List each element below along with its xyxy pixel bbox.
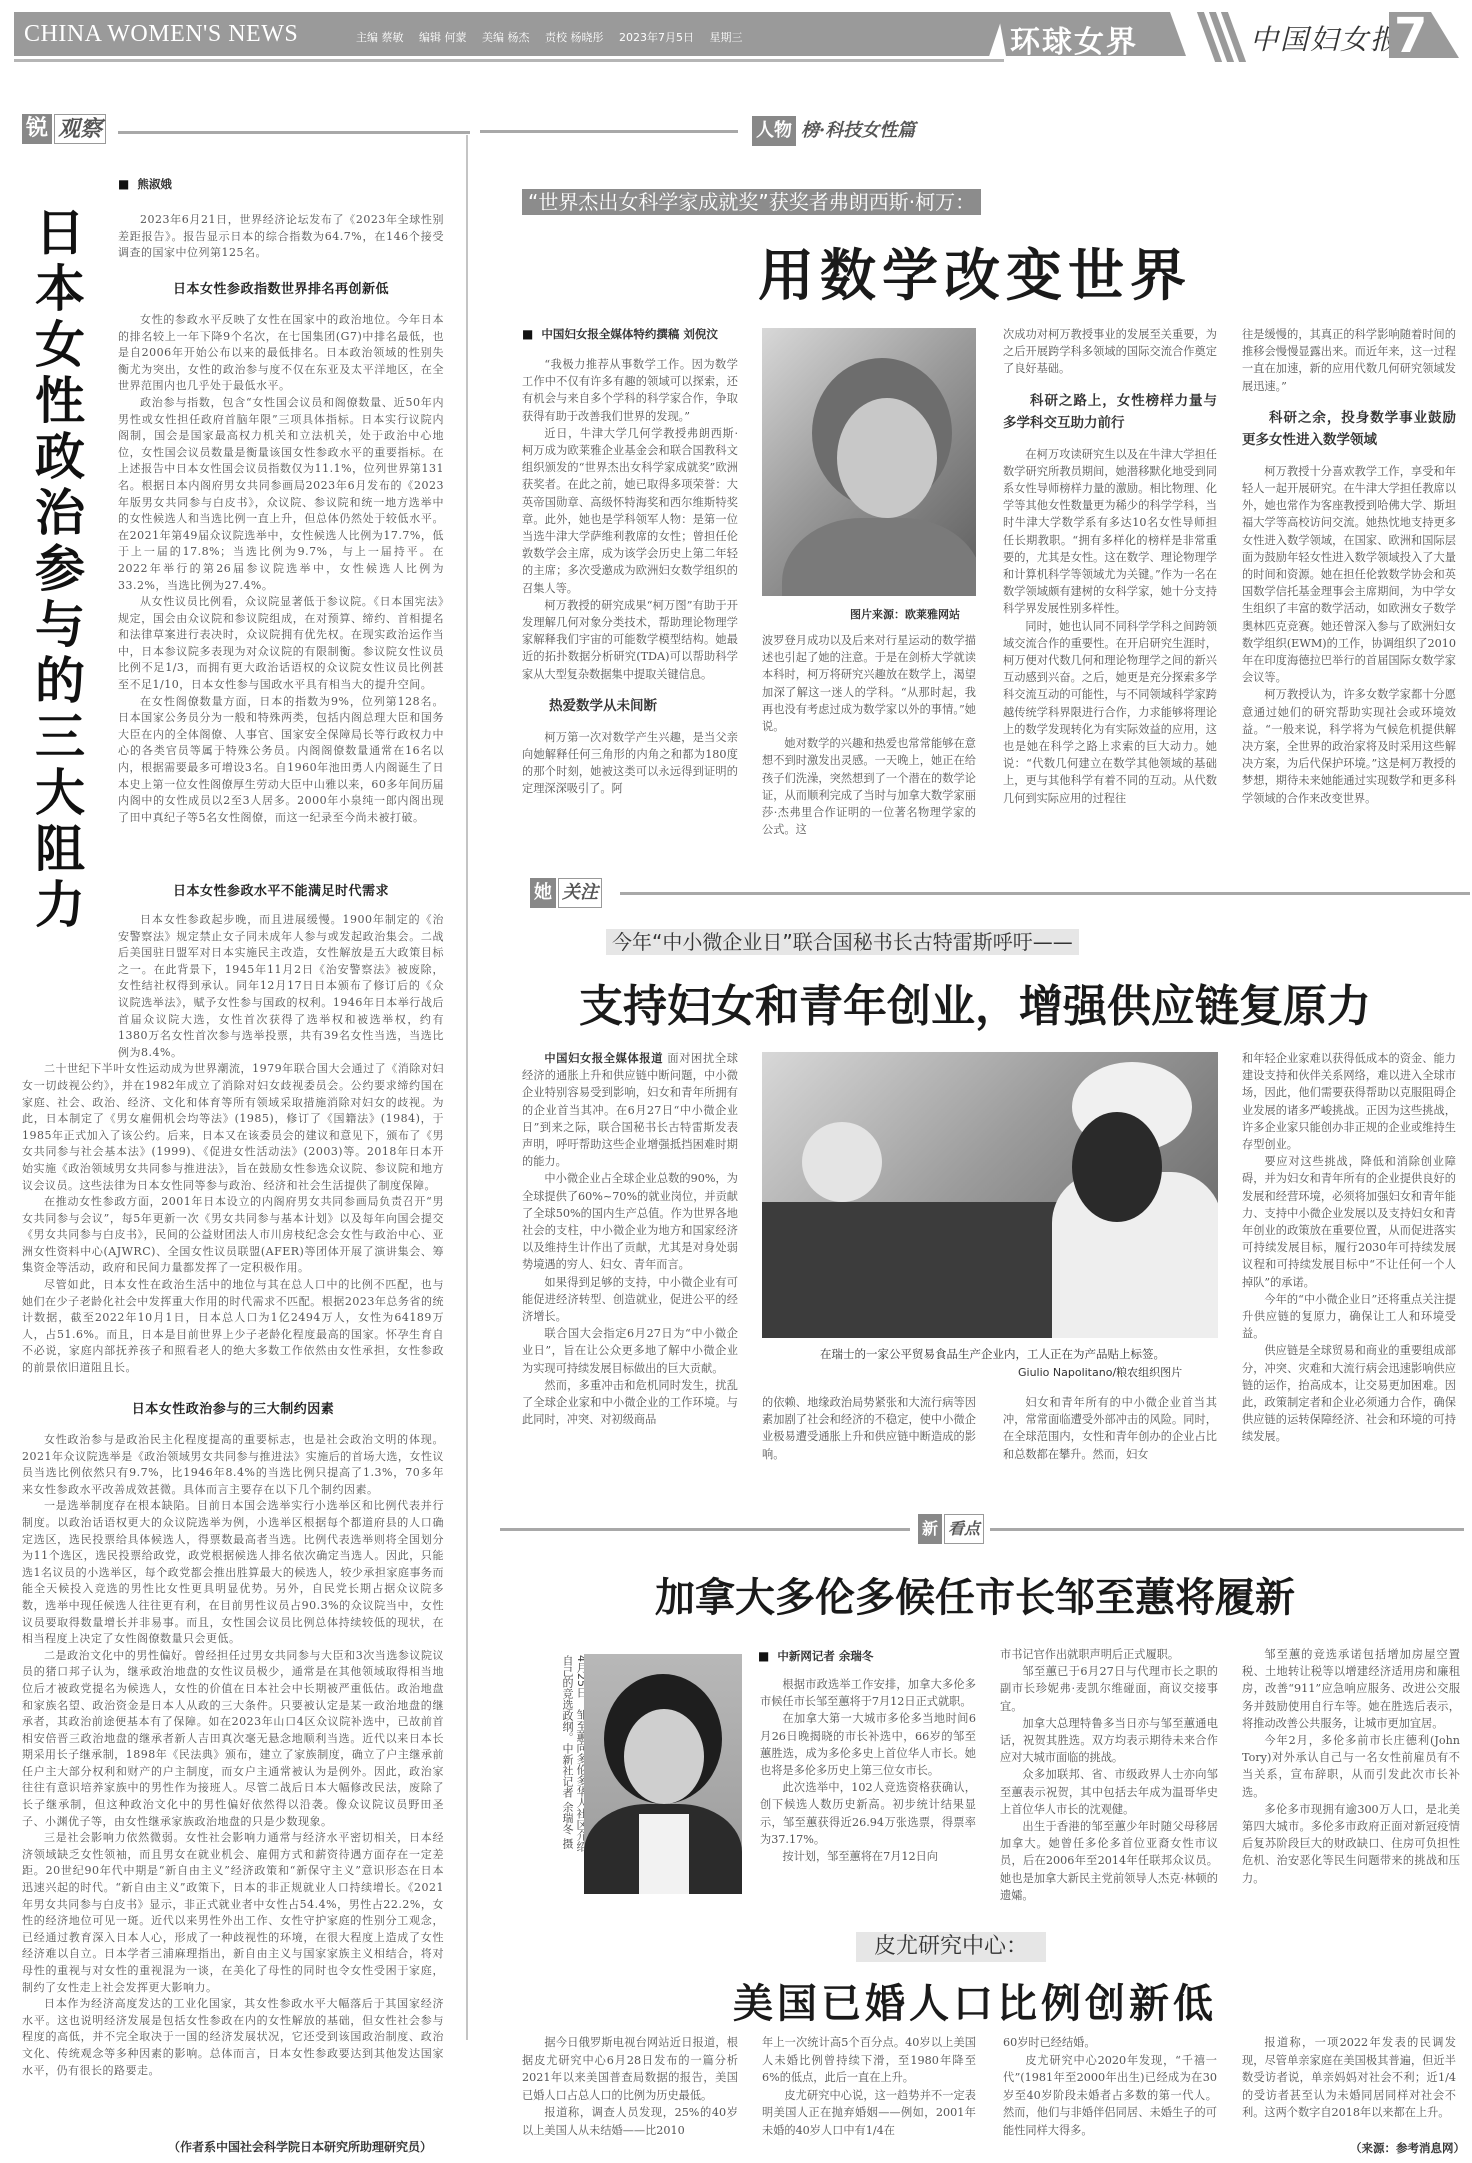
paragraph: 柯万教授认为，许多女数学家都十分愿意通过她们的研究帮助实现社会或环境效益。“一般…	[1242, 686, 1456, 806]
photo-worker-1	[802, 1122, 882, 1202]
pew-col1: 据今日俄罗斯电视台网站近日报道，根据皮尤研究中心6月28日发布的一篇分析2021…	[522, 2034, 738, 2140]
msme-col2: 的依赖、地缘政治局势紧张和大流行病等因素加剧了社会和经济的不稳定，使中小微企业极…	[762, 1394, 976, 1463]
tag-text: 关注	[558, 878, 602, 908]
paragraph: “我极力推荐从事数学工作。因为数学工作中不仅有许多有趣的领域可以探索，还有机会与…	[522, 356, 738, 425]
paragraph: 此次选举中，102人竞选资格获确认，创下候选人数历史新高。初步统计结果显示，邹至…	[760, 1779, 976, 1848]
msme-col3: 妇女和青年所有的中小微企业首当其冲，常常面临遭受外部冲击的风险。同时，在全球范围…	[1003, 1394, 1217, 1463]
paragraph: 女性的参政水平反映了女性在国家中的政治地位。今年日本的排名较上一年下降9个名次，…	[118, 312, 444, 395]
pew-col3: 60岁时已经结婚。 皮尤研究中心2020年发现，“千禧一代”(1981年至200…	[1003, 2034, 1217, 2140]
left-section-1-body: 女性的参政水平反映了女性在国家中的政治地位。今年日本的排名较上一年下降9个名次，…	[118, 312, 444, 826]
paragraph: 和年轻企业家难以获得低成本的资金、能力建设支持和伙伴关系网络，难以进入全球市场，…	[1242, 1050, 1456, 1153]
paragraph: 然而，多重冲击和危机同时发生，扰乱了全球企业家和中小微企业的工作环境。与此同时，…	[522, 1377, 738, 1429]
page-number: 7	[1394, 8, 1427, 64]
paragraph: 邹至蕙已于6月27日与代理市长之职的副市长珍妮弗·麦凯尔维碰面，商议交接事宜。	[1000, 1663, 1218, 1715]
left-subhead-3: 日本女性政治参与的三大制约因素	[22, 1398, 444, 1417]
msme-col4: 和年轻企业家难以获得低成本的资金、能力建设支持和伙伴关系网络，难以进入全球市场，…	[1242, 1050, 1456, 1446]
msme-col1: 中国妇女报全媒体报道 面对困扰全球经济的通胀上升和供应链中断问题，中小微企业特别…	[522, 1050, 738, 1428]
toronto-byline: 中新网记者 余瑞冬	[758, 1648, 873, 1664]
paragraph: 今年的“中小微企业日”还将重点关注提升供应链的复原力，确保让工人和环境受益。	[1242, 1291, 1456, 1343]
paragraph: 在推动女性参政方面，2001年日本设立的内阁府男女共同参画局负责召开“男女共同参…	[22, 1194, 444, 1277]
paragraph: 报道称，调查人员发现，25%的40岁以上美国人从未结婚——比2010	[522, 2104, 738, 2139]
photo-face	[1072, 1112, 1162, 1222]
paragraph: 尽管如此，日本女性在政治生活中的地位与其在总人口中的比例不匹配，也与她们在少子老…	[22, 1277, 444, 1377]
intro-paragraph: 2023年6月21日，世界经济论坛发布了《2023年全球性别差距报告》。报告显示…	[118, 212, 444, 262]
issue-date: 2023年7月5日	[619, 31, 694, 44]
left-article-intro: 2023年6月21日，世界经济论坛发布了《2023年全球性别差距报告》。报告显示…	[118, 212, 444, 262]
column-tag-highlights: 新 看点	[918, 1514, 984, 1544]
paragraph: 市书记官作出就职声明后正式履职。	[1000, 1646, 1218, 1663]
kovan-subhead-1: 热爱数学从未间断	[522, 695, 738, 717]
paragraph: 皮尤研究中心2020年发现，“千禧一代”(1981年至2000年出生)已经成为在…	[1003, 2052, 1217, 2140]
paragraph: 中国妇女报全媒体报道 面对困扰全球经济的通胀上升和供应链中断问题，中小微企业特别…	[522, 1050, 738, 1170]
newspaper-logo: 中国妇女报	[1250, 18, 1400, 58]
paragraph: 出生于香港的邹至蕙少年时随父母移居加拿大。她曾任多伦多首位亚裔女性市议员，后在2…	[1000, 1818, 1218, 1904]
paragraph: 年上一次统计高5个百分点。40岁以上美国人未婚比例曾持续下滑，至1980年降至6…	[762, 2034, 976, 2087]
tag-text: 榜·科技女性篇	[798, 117, 918, 145]
kovan-subhead-3: 科研之余，投身数学事业鼓励更多女性进入数学领域	[1242, 407, 1456, 451]
kovan-col4: 往是缓慢的，其真正的科学影响随着时间的推移会慢慢显露出来。而近年来，这一过程一直…	[1242, 326, 1456, 807]
author-note: （作者系中国社会科学院日本研究所助理研究员）	[168, 2138, 432, 2155]
paragraph: 加拿大总理特鲁多当日亦与邹至蕙通电话，祝贺其胜选。双方均表示期待未来合作应对大城…	[1000, 1715, 1218, 1767]
paragraph: 在柯万攻读研究生以及在牛津大学担任数学研究所教员期间，她潜移默化地受到同系女性导…	[1003, 446, 1217, 618]
factory-workers-photo	[762, 1052, 1218, 1338]
tag-char: 她	[530, 878, 556, 908]
paragraph: 柯万教授的研究成果“柯万图”有助于开发理解几何对象分类技术，帮助理论物理学家解释…	[522, 597, 738, 683]
paragraph: 多伦多市现拥有逾300万人口，是北美第四大城市。多伦多市政府正面对新冠疫情后复苏…	[1242, 1801, 1460, 1887]
paragraph: 根据市政选举工作安排，加拿大多伦多市候任市长邹至蕙将于7月12日正式就职。	[760, 1676, 976, 1710]
kovan-subhead-2: 科研之路上，女性榜样力量与多学科交互助力前行	[1003, 390, 1217, 434]
photo-jar-lids	[762, 1202, 1062, 1338]
paragraph: 据今日俄罗斯电视台网站近日报道，根据皮尤研究中心6月28日发布的一篇分析2021…	[522, 2034, 738, 2104]
tag-char: 人物	[752, 116, 796, 146]
editorial-credits: 主编 蔡敏 编辑 何蒙 美编 杨杰 责校 杨晓彤 2023年7月5日 星期三	[356, 29, 755, 45]
paragraph: 在女性阁僚数量方面，日本的指数为9%，位列第128名。日本国家公务员分为一般和特…	[118, 694, 444, 827]
kovan-col1: “我极力推荐从事数学工作。因为数学工作中不仅有许多有趣的领域可以探索，还有机会与…	[522, 356, 738, 798]
lead-source: 中国妇女报全媒体报道	[544, 1052, 663, 1065]
paragraph: 次成功对柯万教授事业的发展至关重要，为之后开展跨学科多领域的国际交流合作奠定了良…	[1003, 326, 1217, 378]
paragraph: 日本作为经济高度发达的工业化国家，其女性参政水平大幅落后于其国家经济水平。这也说…	[22, 1996, 444, 2079]
toronto-headline: 加拿大多伦多候任市长邹至蕙将履新	[480, 1566, 1470, 1623]
credit-designer: 美编 杨杰	[482, 31, 530, 44]
column-tag-focus: 她 关注	[530, 878, 602, 908]
toronto-col3: 邹至蕙的竞选承诺包括增加房屋空置税、土地转让税等以增建经济适用房和廉租房，改善“…	[1242, 1646, 1460, 1887]
paragraph: 按计划，邹至蕙将在7月12日向	[760, 1848, 976, 1865]
lead-text: 面对困扰全球经济的通胀上升和供应链中断问题，中小微企业特别容易受到影响，妇女和青…	[522, 1052, 738, 1168]
credit-editor: 编辑 何蒙	[419, 31, 467, 44]
paragraph: 近日，牛津大学几何学教授弗朗西斯·柯万成为欧莱雅企业基金会和联合国教科文组织颁发…	[522, 425, 738, 597]
pew-col2: 年上一次统计高5个百分点。40岁以上美国人未婚比例曾持续下滑，至1980年降至6…	[762, 2034, 976, 2140]
paragraph: 报道称，一项2022年发表的民调发现，尽管单亲家庭在美国极其普遍，但近半数受访者…	[1242, 2034, 1456, 2122]
masthead-underline	[14, 59, 1004, 62]
kovan-portrait-photo	[762, 328, 976, 596]
paragraph: 日本女性参政起步晚，而且进展缓慢。1900年制定的《治安警察法》规定禁止女子同未…	[22, 912, 444, 1061]
paragraph: 众多加联邦、省、市级政界人士亦向邹至蕙表示祝贺，其中包括去年成为温哥华史上首位华…	[1000, 1766, 1218, 1818]
paragraph: 政治参与指数，包含“女性国会议员和阁僚数量、近50年内男性或女性担任政府首脑年限…	[118, 395, 444, 594]
pew-headline: 美国已婚人口比例创新低	[480, 1972, 1470, 2029]
paragraph: 妇女和青年所有的中小微企业首当其冲，常常面临遭受外部冲击的风险。同时，在全球范围…	[1003, 1394, 1217, 1463]
photo-shoulders	[782, 518, 976, 596]
paragraph: 柯万第一次对数学产生兴趣，是当父亲向她解释任何三角形的内角之和都为180度的那个…	[522, 729, 738, 798]
paragraph: 联合国大会指定6月27日为“中小微企业日”，旨在让公众更多地了解中小微企业为实现…	[522, 1325, 738, 1377]
msme-headline: 支持妇女和青年创业，增强供应链复原力	[480, 970, 1470, 1034]
pew-source: （来源：参考消息网）	[1350, 2140, 1465, 2156]
divider-line	[118, 131, 470, 134]
kovan-col3: 次成功对柯万教授事业的发展至关重要，为之后开展跨学科多领域的国际交流合作奠定了良…	[1003, 326, 1217, 807]
paragraph: 要应对这些挑战，降低和消除创业障碍，并为妇女和青年所有的企业提供良好的发展和经营…	[1242, 1153, 1456, 1291]
divider-line	[500, 1528, 910, 1531]
paragraph: 三是社会影响力依然微弱。女性社会影响力通常与经济水平密切相关，日本经济领域缺乏女…	[22, 1830, 444, 1996]
credit-proofreader: 责校 杨晓彤	[545, 31, 604, 44]
credit-chief-editor: 主编 蔡敏	[356, 31, 404, 44]
paragraph: 女性政治参与是政治民主化程度提高的重要标志，也是社会政治文明的体现。2021年众…	[22, 1432, 444, 1498]
left-section-3-body: 女性政治参与是政治民主化程度提高的重要标志，也是社会政治文明的体现。2021年众…	[22, 1432, 444, 2079]
photo-face	[837, 398, 937, 518]
toronto-col1: 根据市政选举工作安排，加拿大多伦多市候任市长邹至蕙将于7月12日正式就职。 在加…	[760, 1676, 976, 1865]
kovan-headline: 用数学改变世界	[480, 232, 1470, 312]
photo-face	[624, 1709, 704, 1804]
left-subhead-2: 日本女性参政水平不能满足时代需求	[118, 880, 444, 899]
left-section-2-body: 日本女性参政起步晚，而且进展缓慢。1900年制定的《治安警察法》规定禁止女子同未…	[22, 912, 444, 1377]
paragraph: 如果得到足够的支持，中小微企业有可能促进经济转型、创造就业，促进公平的经济增长。	[522, 1274, 738, 1326]
paragraph: 中小微企业占全球企业总数的90%，为全球提供了60%~70%的就业岗位，并贡献了…	[522, 1170, 738, 1273]
paragraph: 二十世纪下半叶女性运动成为世界潮流，1979年联合国大会通过了《消除对妇女一切歧…	[22, 1061, 444, 1194]
paragraph: 在加拿大第一大城市多伦多当地时间6月26日晚揭晓的市长补选中，66岁的邹至蕙胜选…	[760, 1710, 976, 1779]
pew-col4: 报道称，一项2022年发表的民调发现，尽管单亲家庭在美国极其普遍，但近半数受访者…	[1242, 2034, 1456, 2122]
pew-kicker: 皮尤研究中心：	[856, 1932, 1046, 1962]
divider-line	[620, 892, 1470, 895]
paragraph: 从女性议员比例看，众议院显著低于参议院。《日本国宪法》规定，国会由众议院和参议院…	[118, 594, 444, 694]
kovan-col2: 波罗登月成功以及后来对行星运动的数学描述也引起了她的注意。于是在剑桥大学就读本科…	[762, 632, 976, 838]
left-article-byline: 熊淑娥	[118, 176, 172, 192]
paragraph: 一是选举制度存在根本缺陷。目前日本国会选举实行小选举区和比例代表并行制度。以政治…	[22, 1498, 444, 1647]
paragraph: 二是政治文化中的男性偏好。曾经担任过男女共同参与大臣和3次当选参议院议员的猪口邦…	[22, 1648, 444, 1831]
tag-text: 看点	[944, 1514, 984, 1544]
section-title: 环球女界	[1010, 17, 1138, 61]
paragraph: 的依赖、地缘政治局势紧张和大流行病等因素加剧了社会和经济的不稳定，使中小微企业极…	[762, 1394, 976, 1463]
paragraph: 邹至蕙的竞选承诺包括增加房屋空置税、土地转让税等以增建经济适用房和廉租房，改善“…	[1242, 1646, 1460, 1732]
english-title: CHINA WOMEN'S NEWS	[24, 21, 298, 48]
divider-line	[990, 1528, 1464, 1531]
paragraph: 皮尤研究中心说，这一趋势并不一定表明美国人正在抛弃婚姻——例如，2001年未婚的…	[762, 2087, 976, 2140]
paragraph: 同时，她也认同不同科学学科之间跨领域交流合作的重要性。在开启研究生涯时，柯万便对…	[1003, 618, 1217, 807]
column-tag-people: 人物 榜·科技女性篇	[752, 116, 918, 146]
toronto-col2: 市书记官作出就职声明后正式履职。 邹至蕙已于6月27日与代理市长之职的副市长珍妮…	[1000, 1646, 1218, 1904]
kovan-kicker: “世界杰出女科学家成就奖”获奖者弗朗西斯·柯万：	[522, 189, 981, 215]
paragraph: 今年2月，多伦多前市长庄德利(John Tory)对外承认自己与一名女性前雇员有…	[1242, 1732, 1460, 1801]
msme-photo-credit: Giulio Napolitano/粮农组织图片	[1018, 1364, 1182, 1380]
paragraph: 60岁时已经结婚。	[1003, 2034, 1217, 2052]
kovan-photo-credit: 图片来源：欧莱雅网站	[850, 606, 960, 622]
issue-weekday: 星期三	[710, 31, 743, 44]
paragraph: 往是缓慢的，其真正的科学影响随着时间的推移会慢慢显露出来。而近年来，这一过程一直…	[1242, 326, 1456, 395]
tag-char: 新	[918, 1514, 942, 1544]
msme-kicker: 今年“中小微企业日”联合国秘书长古特雷斯呼吁——	[606, 929, 1079, 955]
msme-photo-caption: 在瑞士的一家公平贸易食品生产企业内，工人正在为产品贴上标签。	[820, 1346, 1165, 1362]
paragraph: 供应链是全球贸易和商业的重要组成部分，冲突、灾难和大流行病会迅速影响供应链的运作…	[1242, 1342, 1456, 1445]
left-subhead-1: 日本女性参政指数世界排名再创新低	[118, 278, 444, 297]
left-article-title: 日本女性政治参与的三大阻力	[34, 205, 86, 933]
paragraph: 她对数学的兴趣和热爱也常常能够在意想不到时激发出灵感。一天晚上，她正在给孩子们洗…	[762, 735, 976, 838]
kovan-byline: 中国妇女报全媒体特约撰稿 刘倪汶	[522, 326, 718, 342]
olivia-chow-portrait-photo	[584, 1654, 742, 1894]
photo-shirt	[639, 1814, 689, 1894]
paragraph: 柯万教授十分喜欢教学工作，享受和年轻人一起开展研究。在牛津大学担任教席以外，她也…	[1242, 463, 1456, 687]
masthead: CHINA WOMEN'S NEWS 主编 蔡敏 编辑 何蒙 美编 杨杰 责校 …	[14, 12, 1462, 60]
divider-line	[480, 130, 738, 133]
paragraph: 波罗登月成功以及后来对行星运动的数学描述也引起了她的注意。于是在剑桥大学就读本科…	[762, 632, 976, 735]
